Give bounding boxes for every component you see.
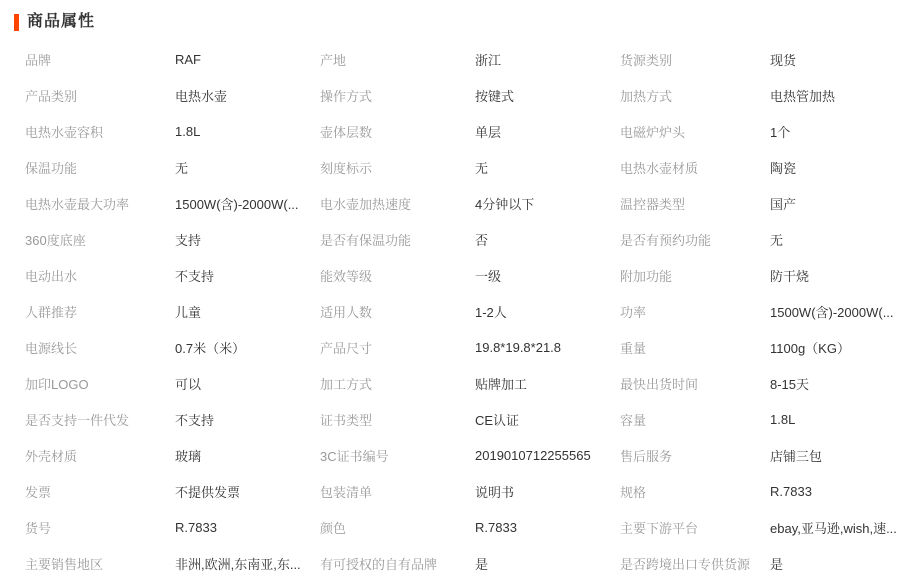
attr-label: 电源线长 <box>25 329 175 365</box>
attr-label: 是否有保温功能 <box>320 221 475 257</box>
attr-label: 品牌 <box>25 41 175 77</box>
attr-label: 证书类型 <box>320 401 475 437</box>
attr-label: 加热方式 <box>620 77 770 113</box>
attr-value: CE认证 <box>475 401 620 437</box>
attr-value: RAF <box>175 41 320 77</box>
attr-label: 是否支持一件代发 <box>25 401 175 437</box>
attr-label: 包装清单 <box>320 473 475 509</box>
attr-label: 电热水壶材质 <box>620 149 770 185</box>
attr-value: 非洲,欧洲,东南亚,东... <box>175 545 320 581</box>
attr-label: 最快出货时间 <box>620 365 770 401</box>
attr-value: 1-2人 <box>475 293 620 329</box>
attr-label: 360度底座 <box>25 221 175 257</box>
attr-label: 有可授权的自有品牌 <box>320 545 475 581</box>
attr-value: 1500W(含)-2000W(... <box>175 185 320 221</box>
attr-label: 电动出水 <box>25 257 175 293</box>
attr-value: 陶瓷 <box>770 149 910 185</box>
attr-label: 加工方式 <box>320 365 475 401</box>
attr-label: 刻度标示 <box>320 149 475 185</box>
attr-value: 说明书 <box>475 473 620 509</box>
attr-value: 无 <box>175 149 320 185</box>
attr-label: 外壳材质 <box>25 437 175 473</box>
attr-label: 产品尺寸 <box>320 329 475 365</box>
attr-value: 否 <box>475 221 620 257</box>
attr-value: 2019010712255565 <box>475 437 620 473</box>
attr-label: 电水壶加热速度 <box>320 185 475 221</box>
accent-bar-icon <box>14 14 19 31</box>
attr-value: 1个 <box>770 113 910 149</box>
attr-value: 浙江 <box>475 41 620 77</box>
attr-value: 19.8*19.8*21.8 <box>475 329 620 365</box>
attr-value: 电热管加热 <box>770 77 910 113</box>
attr-value: 无 <box>475 149 620 185</box>
attr-value: 国产 <box>770 185 910 221</box>
attr-value: 8-15天 <box>770 365 910 401</box>
attr-value: 4分钟以下 <box>475 185 620 221</box>
attr-label: 电热水壶容积 <box>25 113 175 149</box>
attr-value: 1.8L <box>770 401 910 437</box>
attr-label: 功率 <box>620 293 770 329</box>
attr-value: 是 <box>475 545 620 581</box>
attr-label: 容量 <box>620 401 770 437</box>
attr-value: 儿童 <box>175 293 320 329</box>
attr-label: 3C证书编号 <box>320 437 475 473</box>
attr-value: 无 <box>770 221 910 257</box>
attr-label: 电热水壶最大功率 <box>25 185 175 221</box>
attr-value: R.7833 <box>175 509 320 545</box>
attr-value: 是 <box>770 545 910 581</box>
attr-label: 发票 <box>25 473 175 509</box>
attr-label: 售后服务 <box>620 437 770 473</box>
attr-label: 是否有预约功能 <box>620 221 770 257</box>
attr-value: 现货 <box>770 41 910 77</box>
attr-label: 重量 <box>620 329 770 365</box>
attr-value: 1.8L <box>175 113 320 149</box>
attr-label: 颜色 <box>320 509 475 545</box>
attr-value: 1500W(含)-2000W(... <box>770 293 910 329</box>
attr-label: 产品类别 <box>25 77 175 113</box>
attr-label: 人群推荐 <box>25 293 175 329</box>
attr-label: 货源类别 <box>620 41 770 77</box>
attr-value: 店铺三包 <box>770 437 910 473</box>
attr-label: 加印LOGO <box>25 365 175 401</box>
attr-label: 是否跨境出口专供货源 <box>620 545 770 581</box>
attr-value: 贴牌加工 <box>475 365 620 401</box>
attr-label: 电磁炉炉头 <box>620 113 770 149</box>
attr-value: 电热水壶 <box>175 77 320 113</box>
attr-label: 操作方式 <box>320 77 475 113</box>
attr-value: 1100g（KG） <box>770 329 910 365</box>
attr-label: 保温功能 <box>25 149 175 185</box>
attr-label: 能效等级 <box>320 257 475 293</box>
attr-value: R.7833 <box>475 509 620 545</box>
attr-value: R.7833 <box>770 473 910 509</box>
attr-value: 防干烧 <box>770 257 910 293</box>
panel-header: 商品属性 <box>14 13 95 31</box>
attr-label: 规格 <box>620 473 770 509</box>
attr-value: 单层 <box>475 113 620 149</box>
attr-value: 不支持 <box>175 257 320 293</box>
attr-value: 不提供发票 <box>175 473 320 509</box>
attr-label: 主要销售地区 <box>25 545 175 581</box>
attr-label: 温控器类型 <box>620 185 770 221</box>
attr-label: 适用人数 <box>320 293 475 329</box>
attr-value: 一级 <box>475 257 620 293</box>
attr-value: 可以 <box>175 365 320 401</box>
attr-label: 主要下游平台 <box>620 509 770 545</box>
attr-value: 不支持 <box>175 401 320 437</box>
attr-value: 支持 <box>175 221 320 257</box>
page-title: 商品属性 <box>27 13 95 31</box>
product-attributes-panel: 商品属性 品牌 RAF 产地 浙江 货源类别 现货 产品类别 电热水壶 操作方式… <box>0 0 910 585</box>
attr-value: 0.7米（米） <box>175 329 320 365</box>
attr-label: 货号 <box>25 509 175 545</box>
attr-label: 产地 <box>320 41 475 77</box>
attr-value: 按键式 <box>475 77 620 113</box>
attr-label: 附加功能 <box>620 257 770 293</box>
attributes-table: 品牌 RAF 产地 浙江 货源类别 现货 产品类别 电热水壶 操作方式 按键式 … <box>0 41 910 581</box>
attr-label: 壶体层数 <box>320 113 475 149</box>
attr-value: 玻璃 <box>175 437 320 473</box>
attr-value: ebay,亚马逊,wish,速... <box>770 509 910 545</box>
